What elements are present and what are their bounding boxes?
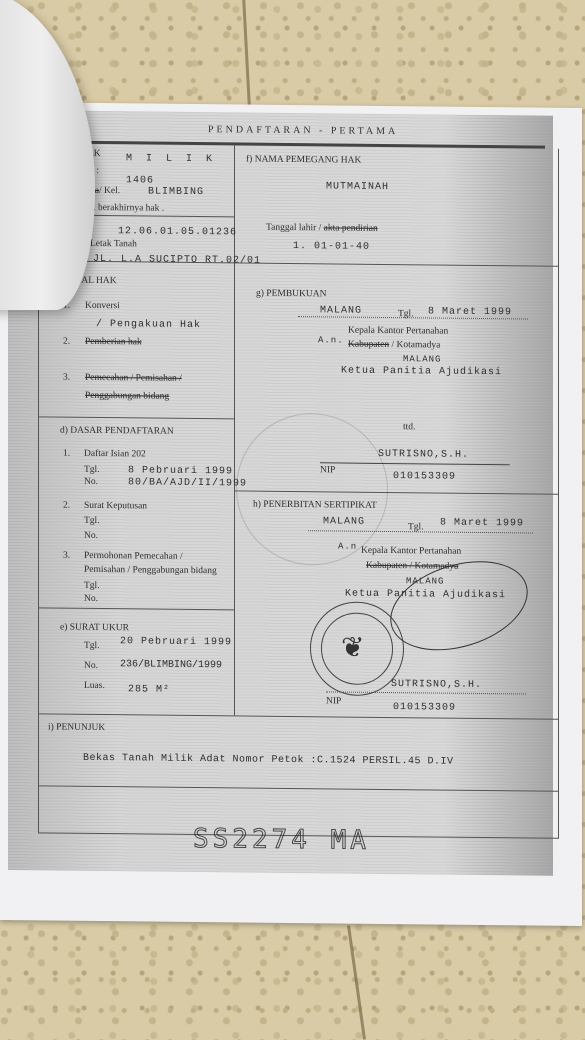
luas-label: Luas. [84, 681, 105, 691]
ttd: ttd. [403, 422, 415, 432]
holder-name: MUTMAINAH [326, 181, 389, 193]
nip-value: 010153309 [393, 471, 456, 483]
floor-crack [242, 0, 250, 105]
divider [38, 416, 234, 419]
asal-num: 3. [63, 373, 70, 383]
item-num: 1. [63, 449, 70, 459]
no-value: 1406 [126, 175, 154, 186]
nip-label: NIP [326, 696, 341, 706]
asal-item: Penggabungan bidang [85, 391, 169, 402]
tgl-value: 20 Pebruari 1999 [120, 636, 232, 648]
role: Ketua Panitia Ajudikasi [341, 366, 502, 379]
date: 8 Maret 1999 [440, 518, 524, 530]
date: 8 Maret 1999 [428, 306, 512, 318]
signatory: SUTRISNO,S.H. [378, 449, 469, 461]
nip-value: 010153309 [393, 702, 456, 714]
desa-value: BLIMBING [148, 187, 204, 199]
permohonan-label: Pemisahan / Penggabungan bidang [84, 565, 217, 576]
pembukuan-label: g) PEMBUKUAN [256, 289, 326, 300]
penunjuk-label: i) PENUNJUK [48, 722, 105, 733]
asal-num: 2. [63, 337, 70, 347]
office-label: Kepala Kantor Pertanahan [361, 546, 461, 557]
no-label: No. [84, 531, 98, 541]
frame-right [558, 149, 559, 839]
curled-page [0, 0, 95, 310]
tgl-label: Tgl. [398, 309, 414, 319]
no-label: No. [84, 477, 98, 487]
tgl-label: Tgl. [84, 581, 100, 591]
tgl-lahir-value: 1. 01-01-40 [293, 241, 370, 253]
office-label: Kepala Kantor Pertanahan [348, 326, 448, 337]
floor-crack [347, 925, 366, 1039]
dasar-label: d) DASAR PENDAFTARAN [60, 426, 174, 437]
no-value: 80/BA/AJD/II/1999 [128, 477, 247, 489]
surat-keputusan-label: Surat Keputusan [84, 501, 147, 512]
no-value: 236/BLIMBING/1999 [120, 659, 222, 671]
office-label: Kabupaten / Kotamadya [348, 340, 440, 351]
divider [38, 607, 234, 610]
hak-value: M I L I K [126, 153, 216, 165]
tgl-label: Tgl. [84, 465, 100, 475]
asal-item: / Pengakuan Hak [96, 319, 201, 331]
luas-value: 285 M² [128, 684, 170, 695]
asal-item: Konversi [85, 301, 120, 311]
tgl-label: Tgl. [408, 522, 424, 532]
place: MALANG [320, 305, 362, 316]
office-city: MALANG [403, 354, 441, 364]
surat-ukur-label: e) SURAT UKUR [60, 623, 129, 634]
garuda-emblem-icon: ❦ [341, 631, 364, 665]
daftar-isian-label: Daftar Isian 202 [84, 449, 146, 460]
asal-item: Pemecahan / Pemisahan / [85, 373, 182, 384]
divider [38, 713, 558, 719]
tgl-label: Tgl. [84, 516, 100, 526]
penunjuk-text: Bekas Tanah Milik Adat Nomor Petok :C.15… [83, 753, 454, 768]
letak-label: Letak Tanah [90, 239, 137, 249]
tgl-value: 8 Pebruari 1999 [128, 465, 233, 477]
watermark-emblem [236, 412, 388, 566]
letak-value: JL. L.A SUCIPTO RT.02/01 [93, 254, 261, 267]
nama-pemegang-label: f) NAMA PEMEGANG HAK [246, 155, 361, 166]
nib-value: 12.06.01.05.01236 [118, 226, 237, 238]
item-num: 3. [63, 551, 70, 561]
signatory: SUTRISNO,S.H. [391, 679, 482, 691]
permohonan-label: Permohonan Pemecahan / [84, 551, 183, 562]
item-num: 2. [63, 501, 70, 511]
tgl-label: Tgl. [84, 641, 100, 651]
no-label: No. [84, 661, 98, 671]
asal-item: Pemberian hak [85, 337, 142, 348]
document-title: PENDAFTARAN - PERTAMA [208, 124, 398, 137]
tgl-lahir-label: Tanggal lahir / akta pendirian [266, 223, 378, 234]
title-rule [38, 140, 545, 148]
no-label: No. [84, 594, 98, 604]
divider [38, 785, 558, 791]
perforated-number: SS2274 MA [193, 824, 370, 856]
an-label: A.n. [318, 335, 344, 345]
